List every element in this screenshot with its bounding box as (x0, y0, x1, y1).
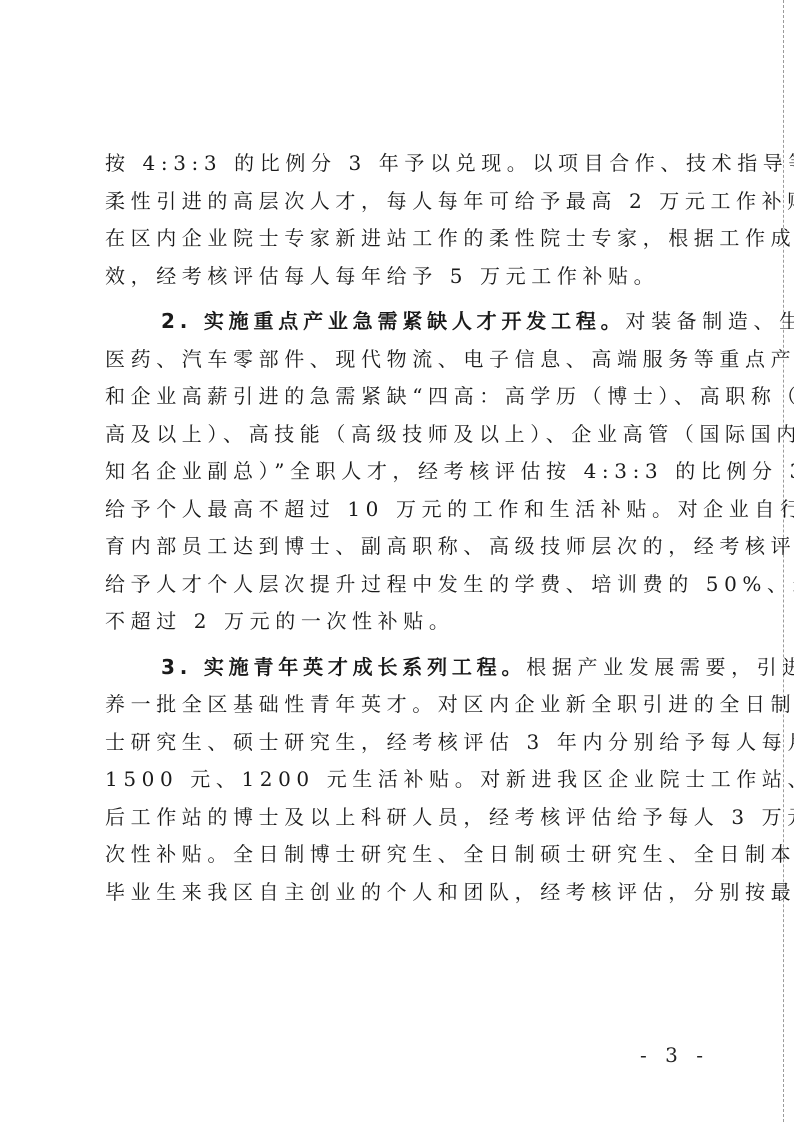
text-line: 毕业生来我区自主创业的个人和团队，经考核评估，分别按最高 (105, 874, 695, 912)
text-line: 医药、汽车零部件、现代物流、电子信息、高端服务等重点产业 (105, 341, 695, 379)
text-line: 1500 元、1200 元生活补贴。对新进我区企业院士工作站、博士 (105, 761, 695, 799)
body-text: 按 4:3:3 的比例分 3 年予以兑现。以项目合作、技术指导等形式 柔性引进的… (105, 145, 695, 919)
text-line: 效，经考核评估每人每年给予 5 万元工作补贴。 (105, 258, 695, 296)
text-line: 后工作站的博士及以上科研人员，经考核评估给予每人 3 万元一 (105, 799, 695, 837)
text-line: 不超过 2 万元的一次性补贴。 (105, 603, 695, 641)
paragraph-3: 3. 实施青年英才成长系列工程。根据产业发展需要，引进培 养一批全区基础性青年英… (105, 649, 695, 912)
document-page: 按 4:3:3 的比例分 3 年予以兑现。以项目合作、技术指导等形式 柔性引进的… (0, 0, 794, 1122)
text-line-first: 3. 实施青年英才成长系列工程。根据产业发展需要，引进培 (105, 649, 695, 687)
section-heading-3: 3. 实施青年英才成长系列工程。 (161, 655, 526, 679)
text-line: 士研究生、硕士研究生，经考核评估 3 年内分别给予每人每月 (105, 724, 695, 762)
paragraph-2: 2. 实施重点产业急需紧缺人才开发工程。对装备制造、生物 医药、汽车零部件、现代… (105, 303, 695, 641)
page-number: - 3 - (640, 1043, 709, 1067)
text-line: 育内部员工达到博士、副高职称、高级技师层次的，经考核评估 (105, 528, 695, 566)
paragraph-1: 按 4:3:3 的比例分 3 年予以兑现。以项目合作、技术指导等形式 柔性引进的… (105, 145, 695, 295)
text-line: 知名企业副总）”全职人才，经考核评估按 4:3:3 的比例分 3 年 (105, 453, 695, 491)
text-line: 在区内企业院士专家新进站工作的柔性院士专家，根据工作成 (105, 220, 695, 258)
text-line: 给予个人最高不超过 10 万元的工作和生活补贴。对企业自行培 (105, 491, 695, 529)
text-line: 柔性引进的高层次人才，每人每年可给予最高 2 万元工作补贴。 (105, 183, 695, 221)
text-line: 次性补贴。全日制博士研究生、全日制硕士研究生、全日制本科 (105, 836, 695, 874)
text-line: 养一批全区基础性青年英才。对区内企业新全职引进的全日制博 (105, 686, 695, 724)
text-line-first: 2. 实施重点产业急需紧缺人才开发工程。对装备制造、生物 (105, 303, 695, 341)
text-run: 对装备制造、生物 (625, 309, 794, 333)
text-line: 高及以上）、高技能（高级技师及以上）、企业高管（国际国内 (105, 416, 695, 454)
section-heading-2: 2. 实施重点产业急需紧缺人才开发工程。 (161, 309, 625, 333)
text-line: 按 4:3:3 的比例分 3 年予以兑现。以项目合作、技术指导等形式 (105, 145, 695, 183)
text-line: 给予人才个人层次提升过程中发生的学费、培训费的 50%、最高 (105, 566, 695, 604)
text-line: 和企业高薪引进的急需紧缺“四高：高学历（博士）、高职称（副 (105, 378, 695, 416)
text-run: 根据产业发展需要，引进培 (526, 655, 794, 679)
